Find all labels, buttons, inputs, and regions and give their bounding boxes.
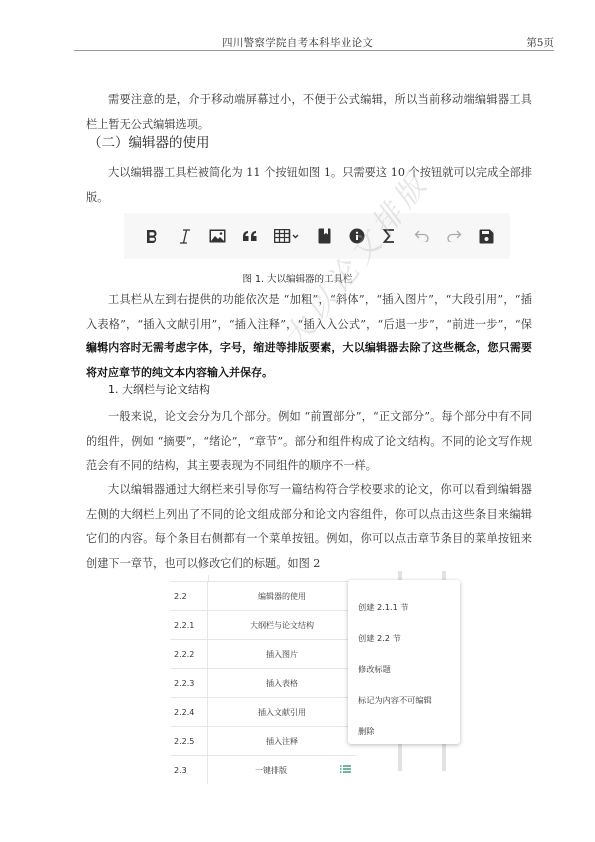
save-icon[interactable] — [471, 224, 504, 248]
paragraph-bold-note: 编辑内容时无需考虑字体，字号，缩进等排版要素，大以编辑器去除了这些概念，您只需要… — [86, 336, 532, 385]
paragraph-thesis-structure: 一般来说，论文会分为几个部分。例如 “前置部分”，“正文部分”。每个部分中有不同… — [86, 405, 532, 479]
menu-item-create-subsection[interactable]: 创建 2.1.1 节 — [348, 592, 460, 623]
quote-icon[interactable] — [234, 224, 267, 248]
image-icon[interactable] — [201, 224, 234, 248]
outline-item[interactable]: 2.2.4 插入文献引用 — [170, 697, 356, 726]
sigma-icon[interactable] — [373, 224, 406, 248]
menu-item-mark-readonly[interactable]: 标记为内容不可编辑 — [348, 685, 460, 716]
list-menu-icon[interactable] — [334, 765, 356, 776]
context-menu: 创建 2.1.1 节 创建 2.2 节 修改标题 标记为内容不可编辑 删除 — [348, 580, 460, 744]
citation-icon[interactable] — [308, 224, 341, 248]
bold-icon[interactable] — [136, 224, 169, 248]
outline-item[interactable]: 2.2.3 插入表格 — [170, 668, 356, 697]
header-title: 四川警察学院自考本科毕业论文 — [222, 35, 373, 50]
table-icon[interactable] — [266, 224, 308, 248]
italic-icon[interactable] — [169, 224, 202, 248]
page-header: 四川警察学院自考本科毕业论文 第5页 — [74, 34, 554, 51]
page-number: 第5页 — [526, 35, 554, 50]
info-icon[interactable] — [341, 224, 374, 248]
outline-item[interactable]: 2.2 编辑器的使用 — [170, 581, 356, 610]
redo-icon[interactable] — [438, 224, 471, 248]
undo-icon[interactable] — [406, 224, 439, 248]
outline-item[interactable]: 2.2.2 插入图片 — [170, 639, 356, 668]
outline-panel: 2.2 编辑器的使用 2.2.1 大纲栏与论文结构 2.2.2 插入图片 2.2… — [170, 575, 356, 784]
paragraph-formula-note: 需要注意的是，介于移动端屏幕过小，不便于公式编辑，所以当前移动端编辑器工具栏上暂… — [86, 88, 532, 137]
outline-item[interactable]: 2.2.1 大纲栏与论文结构 — [170, 610, 356, 639]
outline-menu-figure: 2.2 编辑器的使用 2.2.1 大纲栏与论文结构 2.2.2 插入图片 2.2… — [170, 575, 470, 775]
menu-item-create-section[interactable]: 创建 2.2 节 — [348, 623, 460, 654]
outline-item[interactable]: 2.2.5 插入注释 — [170, 726, 356, 755]
section-heading-editor-usage: （二）编辑器的使用 — [88, 131, 210, 151]
figure1-caption: 图 1. 大以编辑器的工具栏 — [0, 271, 595, 285]
outline-item[interactable]: 2.3 一键排版 — [170, 755, 356, 784]
paragraph-outline-usage: 大以编辑器通过大纲栏来引导你写一篇结构符合学校要求的论文，你可以看到编辑器左侧的… — [86, 478, 532, 576]
paragraph-toolbar-intro: 大以编辑器工具栏被简化为 11 个按钮如图 1。只需要这 10 个按钮就可以完成… — [86, 161, 532, 210]
menu-item-rename[interactable]: 修改标题 — [348, 654, 460, 685]
editor-toolbar-figure — [124, 213, 510, 259]
menu-item-delete[interactable]: 删除 — [348, 716, 460, 747]
subsection-heading-outline: 1. 大纲栏与论文结构 — [108, 381, 210, 397]
